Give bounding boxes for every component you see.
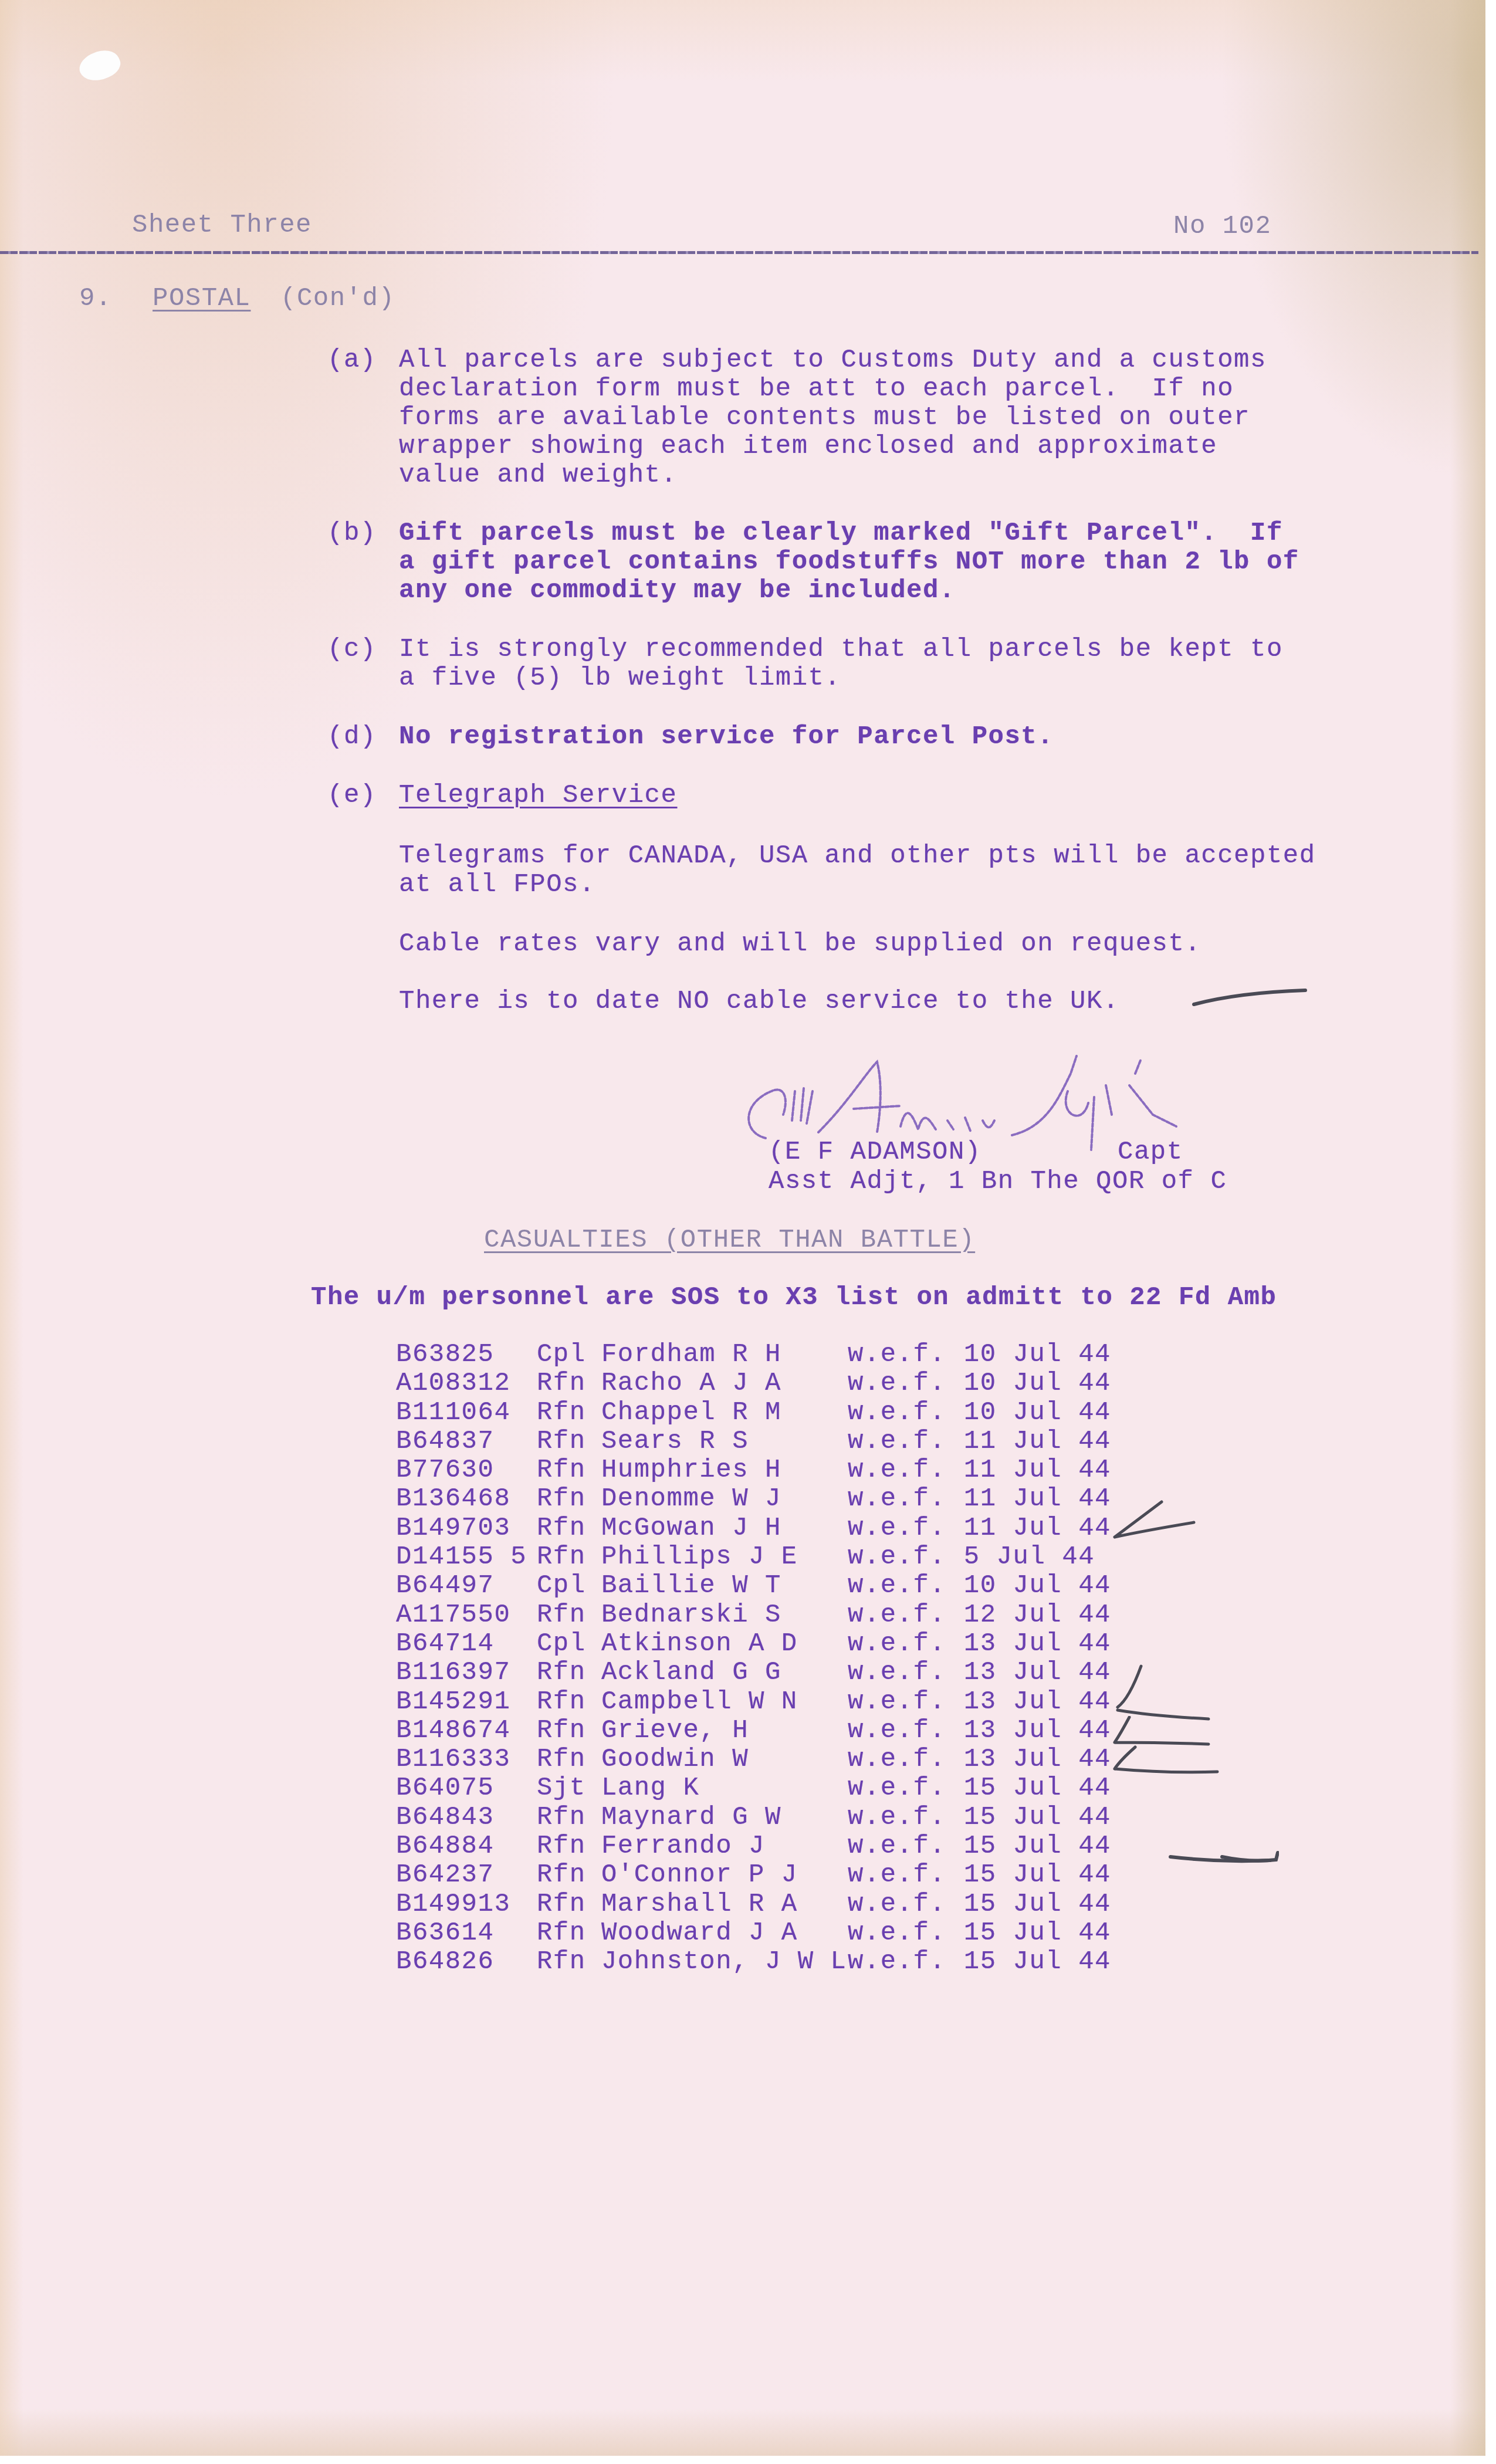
rank: Sjt [537,1774,601,1803]
para-e-label: (e) [327,781,377,810]
section-suffix: (Con'd) [280,285,395,313]
rank: Cpl [537,1572,601,1600]
service-number: B116333 [396,1745,520,1774]
rank: Rfn [537,1456,601,1485]
soldier-name: Chappel R M [601,1399,848,1427]
casualty-row: B64843 RfnMaynard G Ww.e.f. 15 Jul 44 [396,1803,1111,1832]
casualty-row: B64884 RfnFerrando Jw.e.f. 15 Jul 44 [396,1832,1111,1861]
date: 10 Jul 44 [964,1572,1111,1600]
telegrams-text: Telegrams for CANADA, USA and other pts … [399,842,1316,899]
service-number: B63614 [396,1919,520,1948]
rank: Rfn [537,1717,601,1745]
para-a: All parcels are subject to Customs Duty … [399,346,1267,490]
service-number: B64075 [396,1774,520,1803]
no-cable-text: There is to date NO cable service to the… [399,987,1119,1016]
header-divider [0,251,1478,254]
service-number: B64843 [396,1803,520,1832]
date: 11 Jul 44 [964,1514,1111,1543]
wef: w.e.f. [848,1572,947,1600]
soldier-name: Grieve, H [601,1717,848,1745]
document-page: Sheet Three No 102 9. POSTAL (Con'd) (a)… [0,0,1485,2456]
casualty-row: B77630 RfnHumphries Hw.e.f. 11 Jul 44 [396,1456,1111,1485]
date: 15 Jul 44 [964,1861,1111,1890]
section-number: 9. [79,285,112,313]
wef: w.e.f. [848,1919,947,1948]
soldier-name: Maynard G W [601,1803,848,1832]
wef: w.e.f. [848,1341,947,1369]
service-number: B63825 [396,1341,520,1369]
rank: Rfn [537,1369,601,1398]
date: 12 Jul 44 [964,1601,1111,1630]
para-d-label: (d) [327,723,377,752]
para-a-line: All parcels are subject to Customs Duty … [399,346,1267,375]
service-number: A117550 [396,1601,520,1630]
service-number: B64884 [396,1832,520,1861]
rank: Rfn [537,1399,601,1427]
rank: Rfn [537,1861,601,1890]
casualty-row: A108312 RfnRacho A J Aw.e.f. 10 Jul 44 [396,1369,1111,1398]
casualty-row: B111064 RfnChappel R Mw.e.f. 10 Jul 44 [396,1399,1111,1427]
para-a-line: forms are available contents must be lis… [399,404,1267,432]
para-b-label: (b) [327,519,377,548]
casualty-row: B136468 RfnDenomme W Jw.e.f. 11 Jul 44 [396,1485,1111,1514]
date: 15 Jul 44 [964,1919,1111,1948]
wef: w.e.f. [848,1630,947,1659]
para-c: It is strongly recommended that all parc… [399,635,1283,693]
service-number: B136468 [396,1485,520,1514]
wef: w.e.f. [848,1456,947,1485]
paper-tear [75,44,124,87]
service-number: B111064 [396,1399,520,1427]
pencil-arrow-mark [1106,1499,1200,1546]
soldier-name: Sears R S [601,1427,848,1456]
para-a-label: (a) [327,346,377,375]
casualty-row: B63614 RfnWoodward J Aw.e.f. 15 Jul 44 [396,1919,1111,1948]
wef: w.e.f. [848,1832,947,1861]
rank: Rfn [537,1803,601,1832]
casualty-row: B63825 CplFordham R Hw.e.f. 10 Jul 44 [396,1341,1111,1369]
para-b-line: a gift parcel contains foodstuffs NOT mo… [399,548,1299,577]
soldier-name: Goodwin W [601,1745,848,1774]
para-e-heading: Telegraph Service [399,781,677,810]
rank: Rfn [537,1688,601,1717]
date: 15 Jul 44 [964,1774,1111,1803]
service-number: B64837 [396,1427,520,1456]
soldier-name: McGowan J H [601,1514,848,1543]
wef: w.e.f. [848,1543,947,1572]
wef: w.e.f. [848,1601,947,1630]
date: 13 Jul 44 [964,1688,1111,1717]
casualties-intro: The u/m personnel are SOS to X3 list on … [311,1284,1277,1312]
casualty-row: B64075 SjtLang Kw.e.f. 15 Jul 44 [396,1774,1111,1803]
soldier-name: Atkinson A D [601,1630,848,1659]
wef: w.e.f. [848,1717,947,1745]
soldier-name: Campbell W N [601,1688,848,1717]
wef: w.e.f. [848,1803,947,1832]
casualty-row: B64826 RfnJohnston, J W Lw.e.f. 15 Jul 4… [396,1948,1111,1976]
section-title: POSTAL [153,285,251,313]
soldier-name: Woodward J A [601,1919,848,1948]
service-number: A108312 [396,1369,520,1398]
rank: Rfn [537,1514,601,1543]
casualty-row: A117550 RfnBednarski Sw.e.f. 12 Jul 44 [396,1601,1111,1630]
date: 15 Jul 44 [964,1948,1111,1976]
wef: w.e.f. [848,1890,947,1919]
rank: Rfn [537,1659,601,1687]
date: 11 Jul 44 [964,1485,1111,1514]
rank: Rfn [537,1890,601,1919]
service-number: B64714 [396,1630,520,1659]
service-number: B64237 [396,1861,520,1890]
rank: Rfn [537,1832,601,1861]
soldier-name: Humphries H [601,1456,848,1485]
signatory-name: (E F ADAMSON) [769,1138,981,1167]
service-number: B64497 [396,1572,520,1600]
wef: w.e.f. [848,1485,947,1514]
sheet-label: Sheet Three [132,211,312,240]
soldier-name: Lang K [601,1774,848,1803]
wef: w.e.f. [848,1948,947,1976]
rank: Rfn [537,1543,601,1572]
casualty-row: D14155 5 RfnPhillips J Ew.e.f. 5 Jul 44 [396,1543,1111,1572]
wef: w.e.f. [848,1861,947,1890]
para-c-label: (c) [327,635,377,664]
soldier-name: Baillie W T [601,1572,848,1600]
wef: w.e.f. [848,1399,947,1427]
soldier-name: Racho A J A [601,1369,848,1398]
wef: w.e.f. [848,1369,947,1398]
signatory-rank: Capt [1118,1138,1183,1167]
soldier-name: Phillips J E [601,1543,848,1572]
para-a-line: value and weight. [399,461,1267,490]
casualty-list: B63825 CplFordham R Hw.e.f. 10 Jul 44 A1… [396,1341,1111,1977]
service-number: B64826 [396,1948,520,1976]
signatory-appointment: Asst Adjt, 1 Bn The QOR of C [769,1167,1227,1196]
casualty-row: B116333 RfnGoodwin Ww.e.f. 13 Jul 44 [396,1745,1111,1774]
rank: Rfn [537,1919,601,1948]
soldier-name: Bednarski S [601,1601,848,1630]
service-number: B145291 [396,1688,520,1717]
date: 10 Jul 44 [964,1399,1111,1427]
telegrams-line: at all FPOs. [399,871,1316,899]
date: 15 Jul 44 [964,1803,1111,1832]
para-b-line: any one commodity may be included. [399,577,1299,605]
casualty-row: B149703 RfnMcGowan J Hw.e.f. 11 Jul 44 [396,1514,1111,1543]
casualty-row: B148674 RfnGrieve, Hw.e.f. 13 Jul 44 [396,1717,1111,1745]
soldier-name: Ackland G G [601,1659,848,1687]
wef: w.e.f. [848,1745,947,1774]
wef: w.e.f. [848,1774,947,1803]
para-a-line: declaration form must be att to each par… [399,375,1267,404]
date: 13 Jul 44 [964,1745,1111,1774]
soldier-name: Johnston, J W L [601,1948,848,1976]
para-d-line: No registration service for Parcel Post. [399,723,1054,752]
soldier-name: Fordham R H [601,1341,848,1369]
para-c-line: It is strongly recommended that all parc… [399,635,1283,664]
service-number: B116397 [396,1659,520,1687]
pencil-check-mark [1109,1745,1226,1781]
rank: Cpl [537,1630,601,1659]
wef: w.e.f. [848,1688,947,1717]
pencil-line-mark [1167,1851,1273,1869]
para-c-line: a five (5) lb weight limit. [399,664,1283,693]
pencil-tick-mark [1191,986,1308,1009]
cable-rates-text: Cable rates vary and will be supplied on… [399,930,1201,959]
casualty-row: B145291 RfnCampbell W Nw.e.f. 13 Jul 44 [396,1688,1111,1717]
wef: w.e.f. [848,1427,947,1456]
telegrams-line: Telegrams for CANADA, USA and other pts … [399,842,1316,871]
date: 5 Jul 44 [964,1543,1095,1572]
service-number: B77630 [396,1456,520,1485]
soldier-name: Ferrando J [601,1832,848,1861]
date: 15 Jul 44 [964,1832,1111,1861]
date: 11 Jul 44 [964,1456,1111,1485]
casualty-row: B64497 CplBaillie W Tw.e.f. 10 Jul 44 [396,1572,1111,1600]
rank: Rfn [537,1485,601,1514]
para-b: Gift parcels must be clearly marked "Gif… [399,519,1299,605]
date: 15 Jul 44 [964,1890,1111,1919]
service-number: B149913 [396,1890,520,1919]
date: 10 Jul 44 [964,1369,1111,1398]
date: 13 Jul 44 [964,1630,1111,1659]
soldier-name: O'Connor P J [601,1861,848,1890]
document-number: No 102 [1173,212,1271,241]
rank: Rfn [537,1427,601,1456]
casualties-heading: CASUALTIES (OTHER THAN BATTLE) [484,1226,975,1255]
casualty-row: B116397 RfnAckland G Gw.e.f. 13 Jul 44 [396,1659,1111,1687]
casualty-row: B64237 RfnO'Connor P Jw.e.f. 15 Jul 44 [396,1861,1111,1890]
service-number: D14155 5 [396,1543,520,1572]
date: 11 Jul 44 [964,1427,1111,1456]
rank: Cpl [537,1341,601,1369]
rank: Rfn [537,1948,601,1976]
casualty-row: B149913 RfnMarshall R Aw.e.f. 15 Jul 44 [396,1890,1111,1919]
date: 13 Jul 44 [964,1659,1111,1687]
soldier-name: Denomme W J [601,1485,848,1514]
service-number: B149703 [396,1514,520,1543]
date: 13 Jul 44 [964,1717,1111,1745]
date: 10 Jul 44 [964,1341,1111,1369]
rank: Rfn [537,1601,601,1630]
para-b-line: Gift parcels must be clearly marked "Gif… [399,519,1299,548]
para-a-line: wrapper showing each item enclosed and a… [399,432,1267,461]
wef: w.e.f. [848,1514,947,1543]
wef: w.e.f. [848,1659,947,1687]
rank: Rfn [537,1745,601,1774]
casualty-row: B64714 CplAtkinson A Dw.e.f. 13 Jul 44 [396,1630,1111,1659]
soldier-name: Marshall R A [601,1890,848,1919]
casualty-row: B64837 RfnSears R Sw.e.f. 11 Jul 44 [396,1427,1111,1456]
service-number: B148674 [396,1717,520,1745]
